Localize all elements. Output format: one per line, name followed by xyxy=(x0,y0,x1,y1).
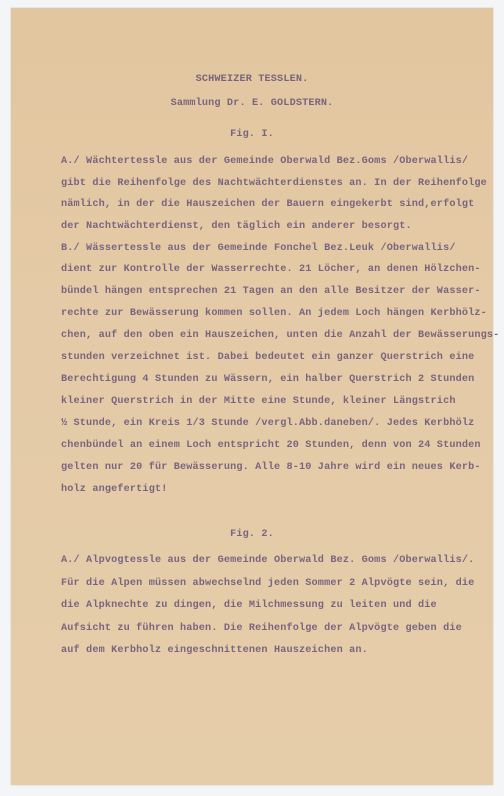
fig1-heading: Fig. I. xyxy=(11,129,493,140)
text-line: dient zur Kontrolle der Wasserrechte. 21… xyxy=(61,264,481,275)
text-line: A./ Wächtertessle aus der Gemeinde Oberw… xyxy=(61,156,468,167)
text-line: gelten nur 20 für Bewässerung. Alle 8-10… xyxy=(61,462,481,473)
text-line: bündel hängen entsprechen 21 Tagen an de… xyxy=(61,286,481,297)
text-line: Für die Alpen müssen abwechselnd jeden S… xyxy=(61,578,474,589)
text-line: Aufsicht zu führen haben. Die Reihenfolg… xyxy=(61,623,462,634)
text-line: rechte zur Bewässerung kommen sollen. An… xyxy=(61,308,487,319)
document-title: SCHWEIZER TESSLEN. xyxy=(11,74,493,85)
text-line: nämlich, in der die Hauszeichen der Baue… xyxy=(61,199,474,210)
text-line: Berechtigung 4 Stunden zu Wässern, ein h… xyxy=(61,374,474,385)
document-page: SCHWEIZER TESSLEN. Sammlung Dr. E. GOLDS… xyxy=(11,8,493,785)
text-line: A./ Alpvogtessle aus der Gemeinde Oberwa… xyxy=(61,555,474,566)
text-line: der Nachtwächterdienst, den täglich ein … xyxy=(61,221,412,232)
text-line: gibt die Reihenfolge des Nachtwächterdie… xyxy=(61,178,487,189)
text-line: chenbündel an einem Loch entspricht 20 S… xyxy=(61,440,481,451)
text-line: kleiner Querstrich in der Mitte eine Stu… xyxy=(61,396,456,407)
text-line: chen, auf den oben ein Hauszeichen, unte… xyxy=(61,330,499,341)
text-line: die Alpknechte zu dingen, die Milchmessu… xyxy=(61,600,437,611)
document-subtitle: Sammlung Dr. E. GOLDSTERN. xyxy=(11,98,493,109)
fig2-heading: Fig. 2. xyxy=(11,529,493,540)
text-line: ½ Stunde, ein Kreis 1/3 Stunde /vergl.Ab… xyxy=(61,418,474,429)
text-line: stunden verzeichnet ist. Dabei bedeutet … xyxy=(61,352,474,363)
text-line: B./ Wässertessle aus der Gemeinde Fonche… xyxy=(61,243,456,254)
text-line: holz angefertigt! xyxy=(61,484,167,495)
text-line: auf dem Kerbholz eingeschnittenen Hausze… xyxy=(61,645,368,656)
